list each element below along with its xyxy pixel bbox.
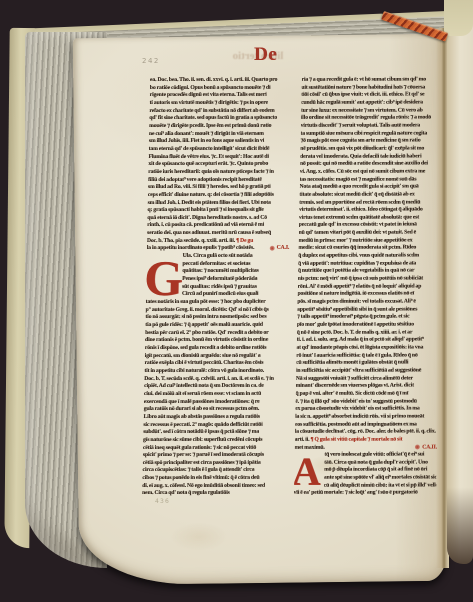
photo-of-incunabulum-page: libro tertio De 242 436 G ea. Doc. bea. …: [0, 0, 473, 602]
text-line: ex parua cōsuetudīe vix videbit' eis est…: [295, 406, 438, 414]
rubric-text: ¶ De gu: [235, 238, 253, 244]
text-line: ea. Doc. bea. Tho. ii. sen. di. xxvi. q.…: [150, 77, 293, 85]
text-line: la sic n. appetit⁹ absorbet indiciū rōis…: [295, 413, 438, 421]
text-line: tq̄ vero inolescat gule vitiū: officiat'…: [324, 452, 437, 460]
facing-cover-corner: [444, 0, 473, 36]
pencil-bottom-number: 436: [155, 498, 170, 505]
line-text: peccati deformitas: et societas: [182, 261, 250, 267]
line-text: mō p̄ dēupla incordiata cōp̄ q̄ sit ad f…: [324, 467, 427, 473]
line-text: cū aliq̄ dēuplicīt nimiū cibū: ita vt et…: [324, 482, 437, 488]
text-line: sūt qualitas: ridēs ipsū ⁊ grauitas: [182, 283, 289, 291]
line-text: ante spē sine spōtēe vl' aliq̄ ei⁹ morta…: [324, 475, 437, 481]
text-line: sm illud Joh. i. Dedit eis ptātem filios…: [148, 199, 291, 207]
line-text: tq̄ vero inolescat gule vitiū: officiat'…: [324, 452, 424, 458]
chapter-number: CA.I.: [269, 245, 289, 253]
pencil-folio-number: 242: [142, 57, 160, 65]
text-line: peccati deformitas: et societas: [182, 261, 289, 269]
text-line: ceps efficit' diuine nature. q: dei cōso…: [148, 192, 291, 200]
text-line: Circū ad punirī modicū eius quali: [182, 291, 289, 299]
text-line: rōnis ī dispōne. sed gula recedit a debi…: [145, 345, 288, 353]
line-text: Circū ad punirī modicū eius quali: [182, 291, 259, 297]
text-block: G ea. Doc. bea. Tho. ii. sen. di. xxvi. …: [142, 76, 444, 499]
text-line: Doc. b. T. secūda scdē. q. cxlviii. arti…: [144, 375, 287, 383]
text-line: ta sumptiō siue mēsura cibi respicit reg…: [300, 130, 443, 138]
line-text: Penes ipsi⁹ deformitatē pōderāda: [182, 276, 257, 282]
text-line: tāō. Circa quā nota q̄ gula dupl'r accip…: [324, 459, 437, 467]
text-line: at qd' imodante pēapis cōsi. ēt lōgista …: [296, 344, 439, 352]
text-line: sm illud ad Ro. viii. Si filii ⁊ heredes…: [148, 184, 291, 192]
chapter1-drop-cap-initial: G: [144, 253, 181, 299]
facing-page-sliver: [447, 16, 473, 564]
chapter-number: CA.II.: [415, 444, 437, 452]
text-line: vi. Ang. x. cōfes. Cū sōc est qui nō sum…: [300, 168, 443, 176]
line-text: Ula. Circa gulā octo sūt notāda: [183, 253, 253, 259]
text-line: rō inut' ī auaricia sufficiētia: q̄ tale…: [296, 352, 439, 360]
text-line: illo ordine sit necessitōe trāsgredit' r…: [301, 115, 444, 123]
text-line: seratio dei. qua nos adiuuat. meritū nrū…: [147, 230, 290, 238]
text-line: Penes ipsi⁹ deformitatē pōderāda: [182, 276, 289, 284]
running-title: De: [254, 44, 277, 66]
text-line: di. eī aug. x. cōfessī. Nō ego imūditiā …: [142, 483, 285, 491]
chapter2-drop-cap-initial: A: [293, 452, 322, 491]
text-line: rōni. Al' ē mōdi appetit⁹ ⁊ elatiōs q̄ n…: [297, 283, 440, 291]
text-line: mō p̄ dēupla incordiata cōp̄ q̄ sit ad f…: [324, 467, 437, 475]
text-line: la cōsuetudīe declīnat'. cōg. rō. Doc. a…: [295, 429, 438, 437]
line-text: quātitas: ⁊ nocumēti multiplicitas: [182, 268, 258, 274]
text-line: nō possit: qui nō mediū a ratiōe descend…: [300, 161, 443, 169]
text-line: virtutis determinat'. ii. ethico. Ideo c…: [299, 207, 442, 215]
text-line: ante spē sine spōtēe vl' aliq̄ ei⁹ morta…: [324, 475, 437, 483]
text-line: nem. Circa qd' nota q̄ regula rgulatiōis: [142, 490, 285, 498]
right-text-column: A ria ⁊ a qua recedit gula ē: vt hō suma…: [293, 76, 444, 498]
text-line: p° autoritate Greg. ii. moral. dicētis: …: [145, 306, 288, 314]
text-line: cundū hāc regulā sumit' aut appetit': ci…: [301, 99, 444, 107]
text-line: nē prudētie. sm quā vix pōt diiudicari: …: [300, 145, 443, 153]
text-line: cū aliq̄ dēuplicīt nimiū cibū: ita vt et…: [324, 482, 437, 490]
text-line: Ula. Circa gulā octo sūt notāda: [182, 253, 289, 261]
line-text: sūt qualitas: ridēs ipsū ⁊ grauitas: [182, 284, 257, 290]
text-line: nis pctm: neq̄ virt' mō q̄ ipsa cū suis …: [298, 276, 441, 284]
line-text: Doc. b. Tho. pīa secūde. q. xxiii. arti.…: [147, 238, 235, 244]
text-line: ria ⁊ a qua recedit gula ē: vt hō sumat …: [301, 76, 444, 84]
text-line: mouēte ⁊ dirigēte pcedit. Ipse ēm est pr…: [149, 123, 292, 131]
line-text: arti. ii.: [294, 437, 309, 443]
line-text: tāō. Circa quā nota q̄ gula dupl'r accip…: [324, 459, 428, 465]
rubric-text: ¶ Q̄ gula sit vitiū capitale ⁊ mortale n…: [309, 436, 402, 442]
text-line: qd' fit sine charitate. sed opus factū i…: [149, 115, 292, 123]
text-line: ratiōe iuris hereditarii: quia oīs natur…: [148, 169, 291, 177]
left-text-column: G ea. Doc. bea. Tho. ii. sen. di. xxvi. …: [142, 77, 293, 499]
text-line: in sufficiētia sic accipiūt' vltra suffi…: [296, 367, 439, 375]
text-line: quātitas: ⁊ nocumēti multiplicitas: [182, 268, 289, 276]
